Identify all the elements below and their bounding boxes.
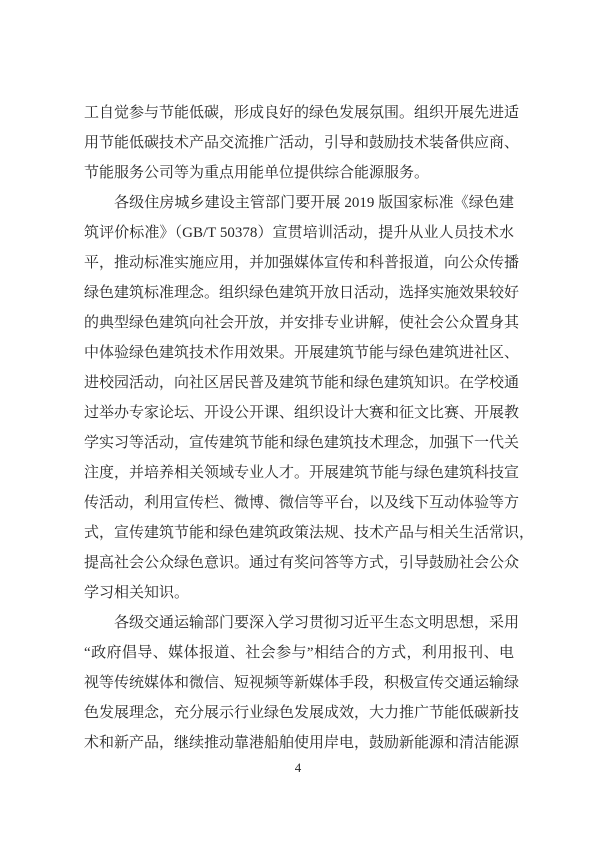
text-line: 过举办专家论坛、开设公开课、组织设计大赛和征文比赛、开展教 [84, 398, 514, 428]
text-line: 绿色建筑标准理念。组织绿色建筑开放日活动，选择实施效果较好 [84, 278, 514, 308]
text-line: 视等传统媒体和微信、短视频等新媒体手段，积极宣传交通运输绿 [84, 668, 514, 698]
page-number: 4 [295, 760, 302, 775]
text-line: 的典型绿色建筑向社会开放，并安排专业讲解，使社会公众置身其 [84, 308, 514, 338]
text-line: 用节能低碳技术产品交流推广活动，引导和鼓励技术装备供应商、 [84, 128, 514, 158]
text-line: 节能服务公司等为重点用能单位提供综合能源服务。 [84, 158, 514, 188]
text-line: 学实习等活动，宣传建筑节能和绿色建筑技术理念，加强下一代关 [84, 428, 514, 458]
document-page: 工自觉参与节能低碳，形成良好的绿色发展氛围。组织开展先进适用节能低碳技术产品交流… [0, 0, 596, 842]
text-line: “政府倡导、媒体报道、社会参与”相结合的方式，利用报刊、电 [84, 638, 514, 668]
text-line: 平，推动标准实施应用，并加强媒体宣传和科普报道，向公众传播 [84, 248, 514, 278]
text-line: 注度，并培养相关领域专业人才。开展建筑节能与绿色建筑科技宣 [84, 458, 514, 488]
text-line: 各级住房城乡建设主管部门要开展 2019 版国家标准《绿色建 [84, 188, 514, 218]
text-line: 式，宣传建筑节能和绿色建筑政策法规、技术产品与相关生活常识， [84, 518, 514, 548]
text-line: 学习相关知识。 [84, 578, 514, 608]
page-footer: 4 [0, 758, 596, 778]
text-line: 进校园活动，向社区居民普及建筑节能和绿色建筑知识。在学校通 [84, 368, 514, 398]
text-line: 色发展理念，充分展示行业绿色发展成效，大力推广节能低碳新技 [84, 698, 514, 728]
text-line: 各级交通运输部门要深入学习贯彻习近平生态文明思想，采用 [84, 608, 514, 638]
text-line: 术和新产品，继续推动靠港船舶使用岸电，鼓励新能源和清洁能源 [84, 728, 514, 758]
text-line: 筑评价标准》（GB/T 50378）宣贯培训活动，提升从业人员技术水 [84, 218, 514, 248]
body-text: 工自觉参与节能低碳，形成良好的绿色发展氛围。组织开展先进适用节能低碳技术产品交流… [84, 98, 514, 758]
text-line: 中体验绿色建筑技术作用效果。开展建筑节能与绿色建筑进社区、 [84, 338, 514, 368]
text-line: 工自觉参与节能低碳，形成良好的绿色发展氛围。组织开展先进适 [84, 98, 514, 128]
text-line: 传活动，利用宣传栏、微博、微信等平台，以及线下互动体验等方 [84, 488, 514, 518]
text-line: 提高社会公众绿色意识。通过有奖问答等方式，引导鼓励社会公众 [84, 548, 514, 578]
